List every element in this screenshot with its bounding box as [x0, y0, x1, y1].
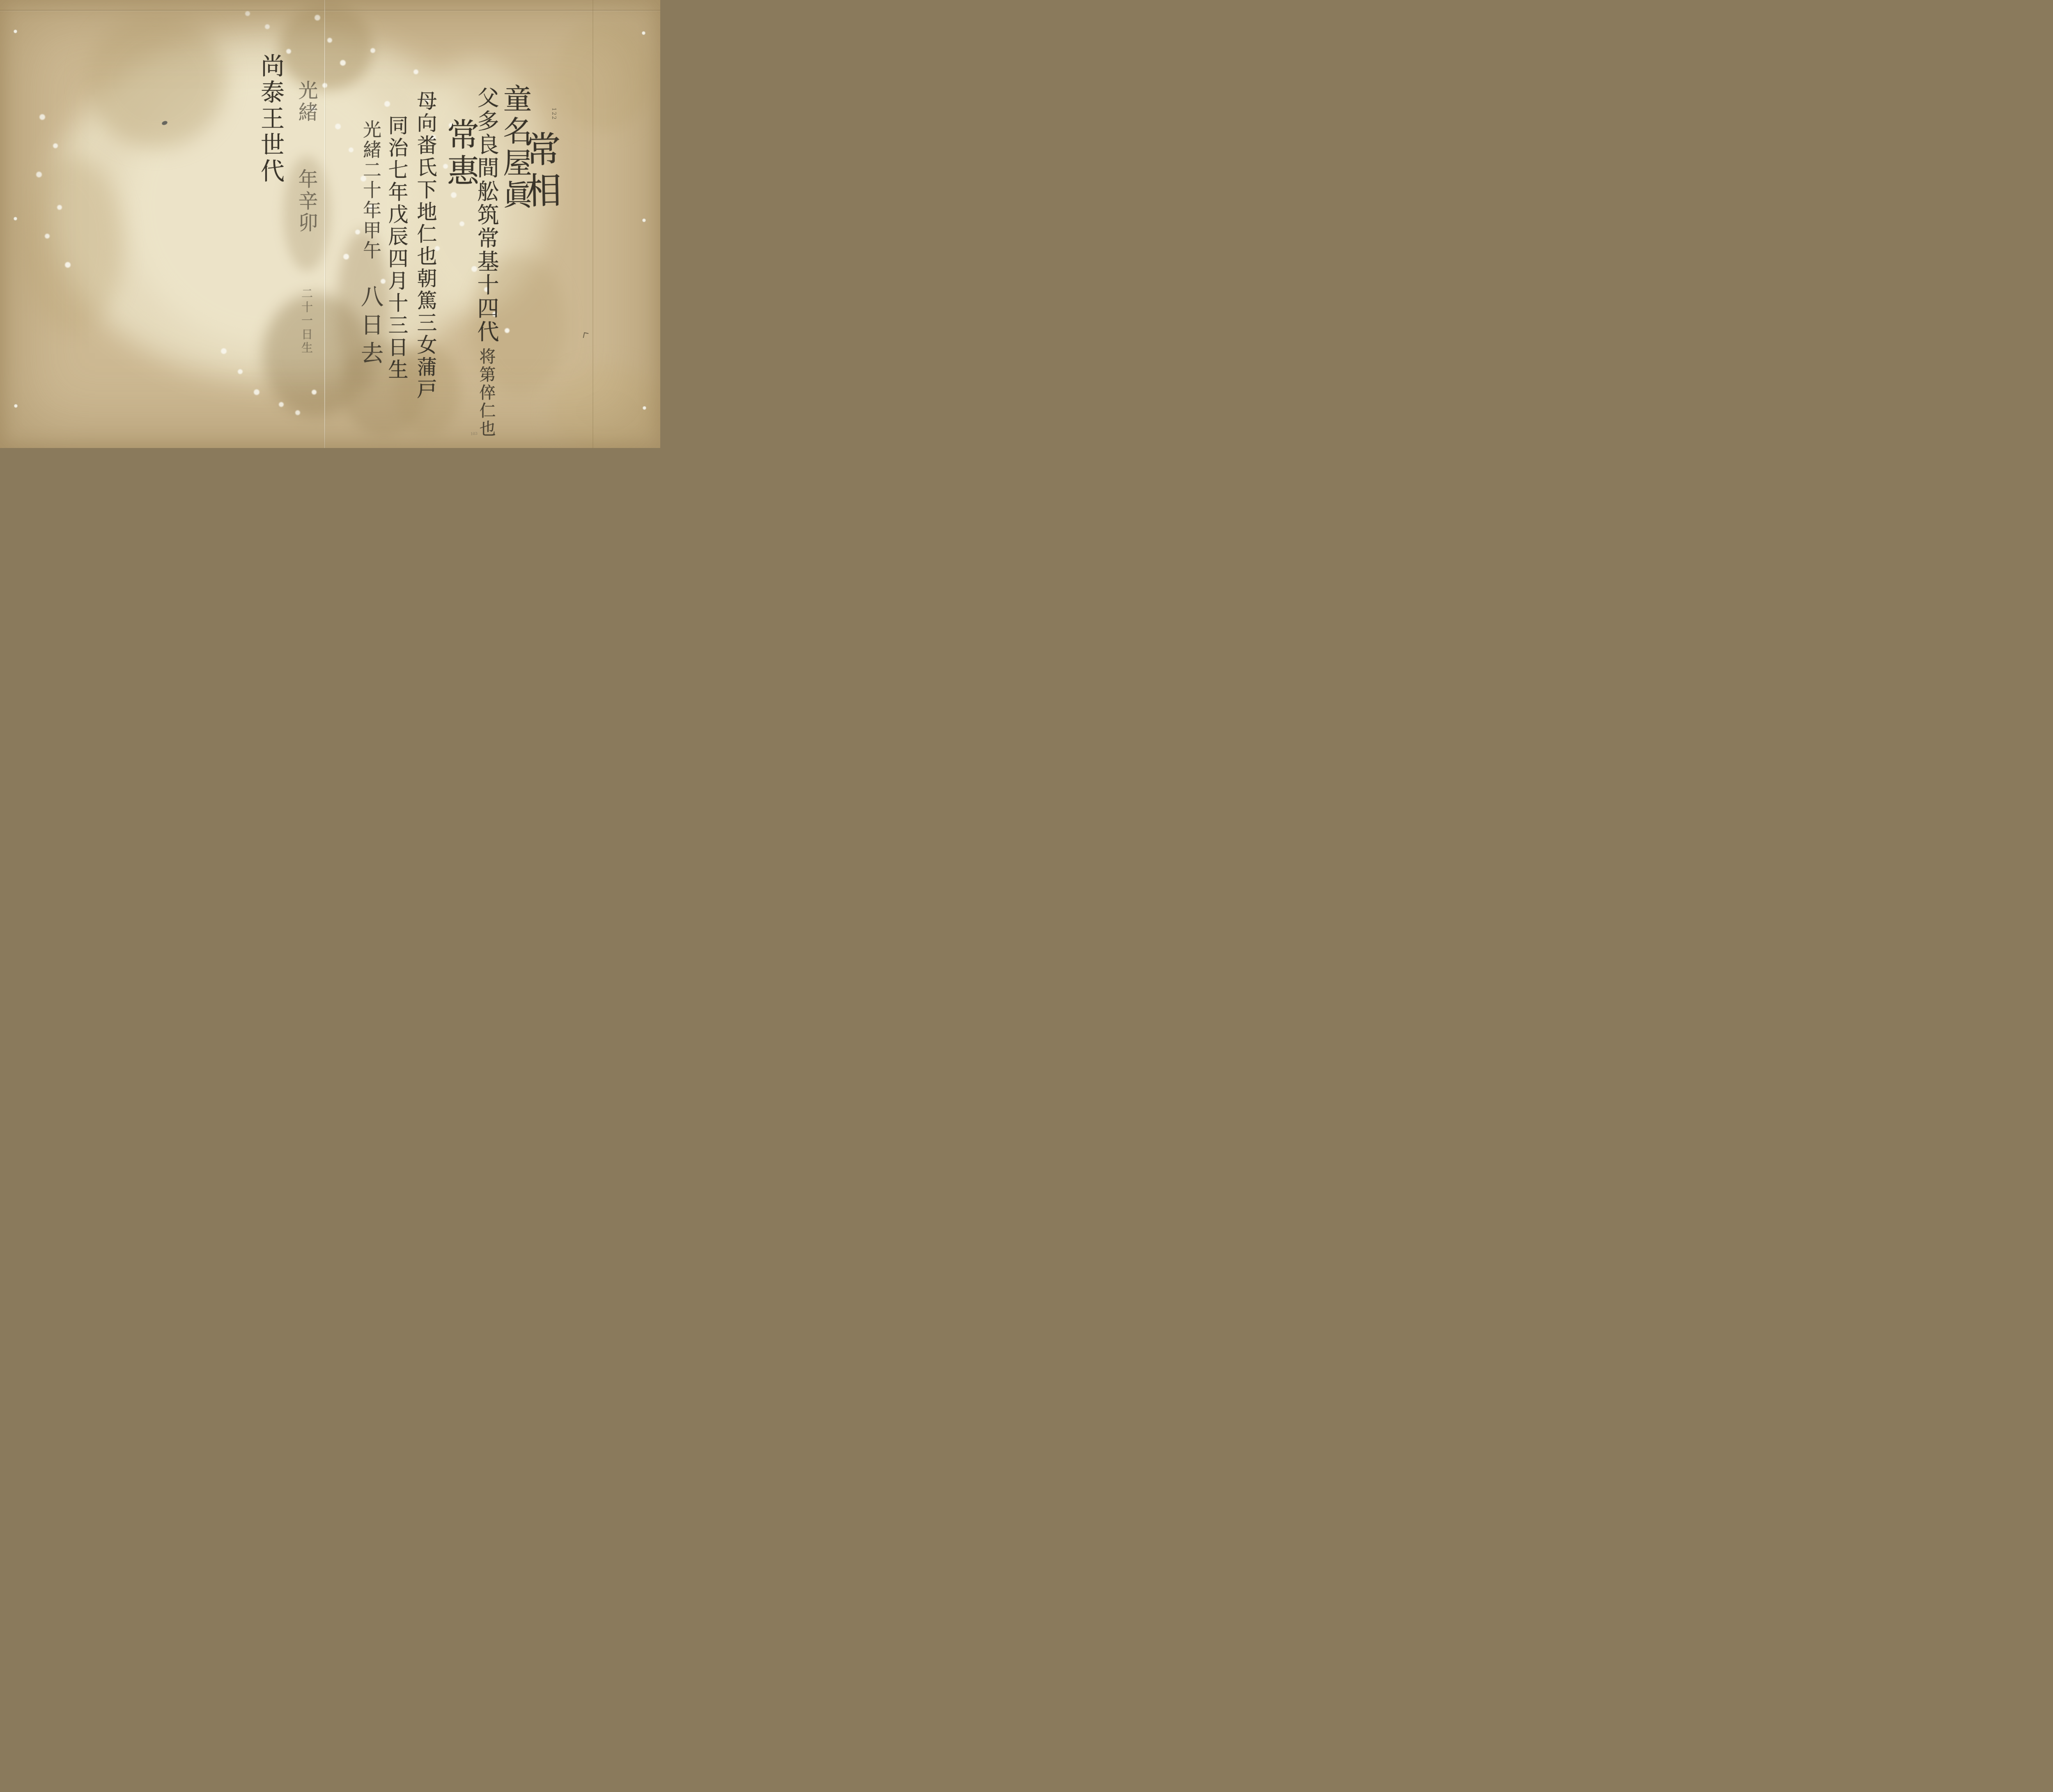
column-death-date: 光緒二十年甲午八日去: [359, 120, 381, 370]
paper-flaking-specks: [0, 0, 2, 2]
column-name-alt: 常惠: [444, 118, 476, 190]
corner-mark: 103: [471, 432, 478, 436]
era-note-year-text: 年辛卯: [295, 169, 318, 234]
punch-hole: [642, 31, 645, 35]
column-era-note: 光緒年辛卯二十一日生: [296, 80, 316, 355]
ink-smudge: [161, 120, 168, 126]
punch-hole: [642, 218, 646, 222]
edge-darkening: [0, 0, 660, 448]
mother-text: 母向畨氏下地仁也朝篤三女蒲戸: [414, 90, 437, 401]
column-reign-era: 尚泰王世代: [259, 53, 282, 185]
era-note-day-text: 二十一日生: [300, 287, 313, 355]
water-stain: [21, 156, 123, 333]
water-stain: [279, 4, 374, 90]
punch-hole: [14, 217, 17, 221]
column-mother: 母向畨氏下地仁也朝篤三女蒲戸: [416, 90, 436, 401]
horizontal-fold-crease: [0, 10, 660, 11]
water-stain: [86, 12, 226, 148]
water-stain: [263, 294, 370, 417]
punch-hole: [14, 404, 18, 408]
manuscript-scan: 常相 童名屋眞 父多良間舩筑常基十四代将第倅仁也 常惠 母向畨氏下地仁也朝篤三女…: [0, 0, 660, 448]
death-day-text: 八日去: [357, 285, 384, 370]
vertical-fold-crease: [324, 0, 325, 448]
punch-hole: [643, 406, 646, 410]
childhood-name-text: 童名屋眞: [498, 84, 532, 212]
reign-era-text: 尚泰王世代: [257, 53, 285, 185]
small-ink-tick: [583, 332, 589, 339]
right-fold-line: [592, 0, 593, 448]
name-alt-text: 常惠: [442, 118, 479, 190]
column-birth-date: 同治七年戊辰四月十三日生: [387, 115, 407, 381]
death-era-text: 光緒二十年甲午: [360, 120, 381, 261]
page-number: 122: [551, 108, 557, 120]
father-tail-text: 将第倅仁也: [477, 348, 496, 438]
column-childhood-name: 童名屋眞: [501, 84, 530, 212]
birth-date-text: 同治七年戊辰四月十三日生: [385, 115, 409, 381]
era-note-era-text: 光緒: [295, 80, 318, 124]
water-stain: [554, 21, 653, 131]
punch-hole: [14, 30, 17, 33]
